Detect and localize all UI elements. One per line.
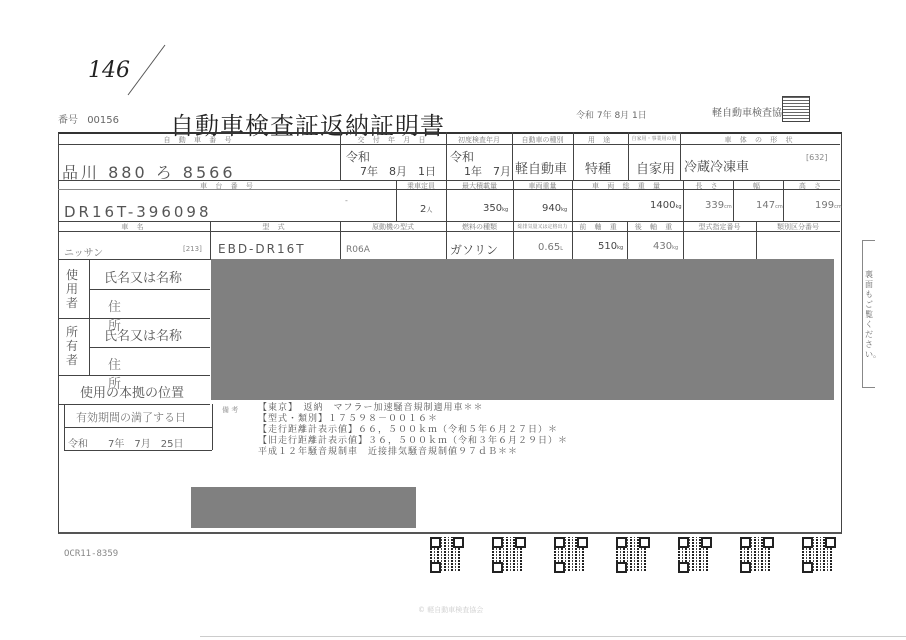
label-front-axle: 前 軸 重	[572, 222, 627, 232]
gross-weight-unit: kg	[675, 204, 681, 210]
pen-stroke-icon	[120, 40, 200, 100]
maker: ニッサン	[64, 244, 103, 259]
label-vehicle-number: 自 動 車 番 号	[58, 135, 340, 145]
label-displacement: 総排気量又は定格出力	[513, 223, 572, 230]
height-unit: cm	[834, 204, 842, 210]
qr-code-icon	[678, 537, 710, 571]
qr-code-icon	[802, 537, 834, 571]
expiry-value: 令和 7年 7月 25日	[68, 435, 183, 450]
length: 339cm	[705, 200, 732, 211]
user-name-label: 氏名又は名称	[104, 267, 182, 286]
height-value: 199	[815, 200, 834, 211]
document-number: 番号 00156	[58, 111, 119, 126]
label-width: 幅	[733, 181, 783, 191]
capacity-unit: 人	[426, 207, 432, 214]
vehicle-weight: 940kg	[542, 203, 567, 214]
footer-code: OCR11-8359	[64, 549, 118, 559]
engine-model: R06A	[346, 245, 370, 255]
owner-section-label: 所有者	[66, 325, 78, 367]
label-first-registration: 初度検査年月	[446, 135, 512, 145]
remarks-label: 備 考	[222, 405, 238, 415]
rear-axle-value: 430	[653, 241, 672, 252]
document-number-value: 00156	[87, 115, 119, 126]
issue-date: 令和 7年 8月 1日	[576, 108, 647, 121]
rear-axle-unit: kg	[672, 245, 678, 251]
issuer-seal-icon	[782, 96, 810, 122]
label-fuel: 燃料の種類	[446, 222, 513, 232]
body-shape: 冷蔵冷凍車	[684, 156, 749, 175]
label-chassis-number: 車 台 番 号	[58, 181, 398, 191]
rear-axle: 430kg	[653, 241, 678, 252]
vehicle-weight-value: 940	[542, 203, 561, 214]
owner-name-label: 氏名又は名称	[104, 325, 182, 344]
qr-code-icon	[616, 537, 648, 571]
qr-code-icon	[492, 537, 524, 571]
chassis-dash: -	[345, 196, 348, 205]
gross-weight-value: 1400	[650, 200, 675, 211]
width: 147cm	[756, 200, 783, 211]
user-section-label: 使用者	[66, 268, 78, 310]
base-location-label: 使用の本拠の位置	[80, 382, 184, 401]
label-length: 長 さ	[683, 181, 733, 191]
vehicle-use: 特種	[585, 158, 611, 177]
width-value: 147	[756, 200, 775, 211]
label-vehicle-class: 自動車の種別	[512, 135, 573, 145]
expiry-label: 有効期間の満了する日	[76, 409, 186, 425]
max-load-value: 350	[483, 203, 502, 214]
front-axle: 510kg	[598, 241, 623, 252]
vehicle-weight-unit: kg	[561, 207, 567, 213]
label-body-shape: 車 体 の 形 状	[680, 135, 840, 145]
label-height: 高 さ	[783, 181, 840, 191]
redacted-stamp-area	[191, 487, 416, 528]
issue-ymd: 7年 8月 1日	[360, 163, 436, 179]
front-axle-value: 510	[598, 241, 617, 252]
front-axle-unit: kg	[617, 245, 623, 251]
displacement-unit: L	[560, 246, 563, 252]
label-gross-weight: 車 両 総 重 量	[572, 181, 683, 191]
remarks: 【東京】 返納 マフラー加速騒音規制適用車＊＊ 【型式・類別】１７５９８－００１…	[258, 403, 568, 458]
private-business: 自家用	[636, 158, 675, 177]
body-shape-code: [632]	[806, 153, 828, 162]
vehicle-number: 品川 880 ろ 8566	[62, 160, 236, 183]
chassis-number: DR16T-396098	[64, 203, 212, 221]
label-type-designation: 型式指定番号	[683, 222, 756, 232]
label-vehicle-weight: 車両重量	[513, 181, 572, 191]
length-unit: cm	[724, 204, 732, 210]
width-unit: cm	[775, 204, 783, 210]
label-private-business: 自家用・事業用の別	[628, 135, 680, 142]
maker-code: [213]	[183, 245, 202, 253]
displacement: 0.65L	[538, 242, 563, 253]
displacement-value: 0.65	[538, 242, 560, 253]
first-registration-ym: 1年 7月	[464, 163, 511, 179]
footer-mark: © 軽自動車検査協会	[418, 605, 483, 615]
redacted-personal-info	[211, 259, 834, 400]
side-note: 裏面もご覧ください。	[865, 270, 875, 360]
gross-weight: 1400kg	[650, 200, 682, 211]
label-capacity: 乗車定員	[396, 181, 446, 191]
remarks-line: 平成１２年騒音規制車 近接排気騒音規制値９７ｄＢ＊＊	[258, 447, 568, 458]
qr-code-row	[430, 537, 840, 575]
fuel: ガソリン	[450, 241, 498, 258]
length-value: 339	[705, 200, 724, 211]
issuer-name: 軽自動車検査協会	[712, 104, 792, 119]
label-maker: 車 名	[58, 222, 210, 232]
height: 199cm	[815, 200, 842, 211]
label-max-load: 最大積載量	[446, 181, 513, 191]
vehicle-class: 軽自動車	[515, 158, 567, 177]
label-use: 用 途	[573, 135, 628, 145]
qr-code-icon	[430, 537, 462, 571]
remarks-line: 【東京】 返納 マフラー加速騒音規制適用車＊＊	[258, 403, 568, 414]
label-category-number: 類別区分番号	[756, 222, 840, 232]
qr-code-icon	[554, 537, 586, 571]
model: EBD-DR16T	[218, 242, 306, 256]
remarks-line: 【旧走行距離計表示値】３６，５００ｋｍ（令和３年６月２９日）＊	[258, 436, 568, 447]
capacity: 2人	[420, 204, 432, 215]
label-model: 型 式	[210, 222, 340, 232]
qr-code-icon	[740, 537, 772, 571]
label-issue-date: 交 付 年 月 日	[340, 135, 446, 145]
label-rear-axle: 後 軸 重	[627, 222, 683, 232]
remarks-line: 【型式・類別】１７５９８－００１６＊	[258, 414, 568, 425]
max-load: 350kg	[483, 203, 508, 214]
document-number-label: 番号	[58, 115, 78, 126]
max-load-unit: kg	[502, 207, 508, 213]
remarks-line: 【走行距離計表示値】６６，５００ｋｍ（令和５年６月２７日）＊	[258, 425, 568, 436]
label-engine-model: 原動機の型式	[340, 222, 446, 232]
